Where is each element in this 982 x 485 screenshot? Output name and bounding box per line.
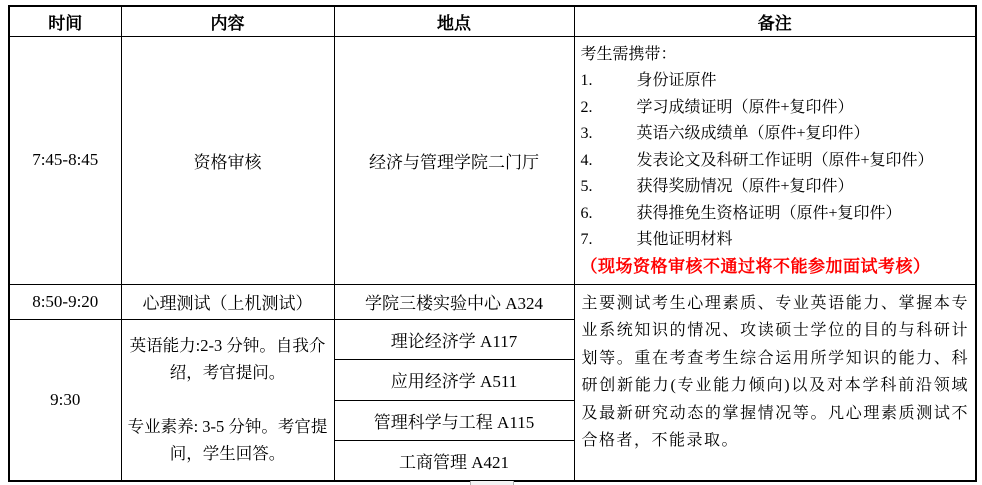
time-cell-interview: 9:30 [9,319,121,481]
remarks-item-number: 3. [581,121,637,148]
remarks-item: 3.英语六级成绩单（原件+复印件） [581,121,972,148]
exam-schedule-table: 时间 内容 地点 备注 7:45-8:45 资格审核 经济与管理学院二门厅 考生… [8,5,977,482]
header-location: 地点 [334,6,574,36]
row-qualification: 7:45-8:45 资格审核 经济与管理学院二门厅 考生需携带： 1.身份证原件… [9,36,976,284]
remarks-item-text: 获得奖励情况（原件+复印件） [637,178,854,195]
location-cell-qualification: 经济与管理学院二门厅 [334,36,574,284]
header-content: 内容 [121,6,334,36]
time-cell-psych-test: 8:50-9:20 [9,284,121,319]
partial-element-below-table [470,481,514,485]
remarks-item: 5.获得奖励情况（原件+复印件） [581,174,972,201]
remarks-item-number: 7. [581,227,637,254]
content-cell-interview: 英语能力:2-3 分钟。自我介绍，考官提问。 专业素养: 3-5 分钟。考官提问… [121,319,334,481]
remarks-item: 2.学习成绩证明（原件+复印件） [581,95,972,122]
remarks-item-text: 英语六级成绩单（原件+复印件） [637,125,870,142]
header-row: 时间 内容 地点 备注 [9,6,976,36]
header-time: 时间 [9,6,121,36]
header-remarks: 备注 [574,6,976,36]
remarks-cell-qualification: 考生需携带： 1.身份证原件 2.学习成绩证明（原件+复印件） 3.英语六级成绩… [574,36,976,284]
remarks-item-text: 其他证明材料 [637,231,733,248]
remarks-item: 4.发表论文及科研工作证明（原件+复印件） [581,148,972,175]
remarks-item: 7.其他证明材料 [581,227,972,254]
row-psych-test: 8:50-9:20 心理测试（上机测试） 学院三楼实验中心 A324 主要测试考… [9,284,976,319]
content-cell-psych-test: 心理测试（上机测试） [121,284,334,319]
content-cell-qualification: 资格审核 [121,36,334,284]
page: 时间 内容 地点 备注 7:45-8:45 资格审核 经济与管理学院二门厅 考生… [0,0,982,485]
content-professional-quality: 专业素养: 3-5 分钟。考官提问，学生回答。 [128,413,328,467]
remarks-intro: 考生需携带： [581,42,972,69]
location-cell-management-science: 管理科学与工程 A115 [334,400,574,440]
remarks-item-number: 5. [581,174,637,201]
remarks-item-number: 2. [581,95,637,122]
location-cell-theoretical-economics: 理论经济学 A117 [334,319,574,359]
content-english-ability: 英语能力:2-3 分钟。自我介绍，考官提问。 [128,332,328,386]
location-cell-business-admin: 工商管理 A421 [334,440,574,481]
location-cell-applied-economics: 应用经济学 A511 [334,359,574,400]
remarks-item: 1.身份证原件 [581,68,972,95]
remarks-item-text: 发表论文及科研工作证明（原件+复印件） [637,152,934,169]
remarks-item: 6.获得推免生资格证明（原件+复印件） [581,201,972,228]
remarks-item-text: 学习成绩证明（原件+复印件） [637,99,854,116]
remarks-item-number: 4. [581,148,637,175]
remarks-item-text: 身份证原件 [637,72,717,89]
remarks-warning-red: （现场资格审核不通过将不能参加面试考核） [581,254,972,281]
remarks-item-text: 获得推免生资格证明（原件+复印件） [637,205,902,222]
time-cell-qualification: 7:45-8:45 [9,36,121,284]
remarks-item-number: 6. [581,201,637,228]
remarks-item-number: 1. [581,68,637,95]
remarks-cell-interview: 主要测试考生心理素质、专业英语能力、掌握本专业系统知识的情况、攻读硕士学位的目的… [574,284,976,481]
location-cell-psych-test: 学院三楼实验中心 A324 [334,284,574,319]
